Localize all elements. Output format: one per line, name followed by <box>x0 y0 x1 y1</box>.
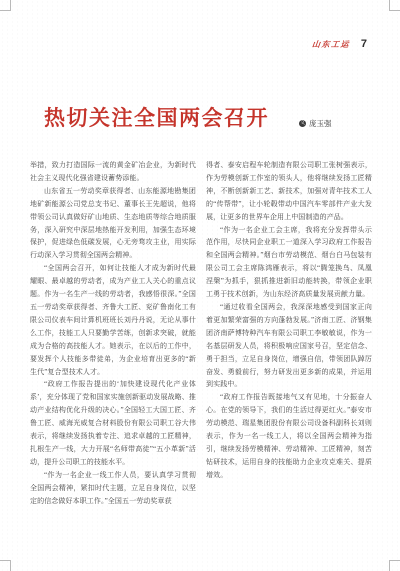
article-paragraph: “作为一名企业工会主席，我将充分发挥带头示范作用，尽快同企业职工一道深入学习政府… <box>206 224 372 301</box>
article-paragraph: “政府工作报告提出的‘加快建设现代化产业体系’，充分体现了党和国家实施创新驱动发… <box>30 378 196 468</box>
magazine-page: 山东工运 7 热切关注全国两会召开 文 庞玉强 举措，致力打造国际一流的黄金矿冶… <box>0 0 400 571</box>
article-paragraph: “通过收看全国两会，我深深地感受到国家正向着更加繁荣富强的方向蓬勃发展。”济南工… <box>206 301 372 391</box>
page-header: 山东工运 7 <box>312 38 367 50</box>
article-paragraph: 得者、泰安启程车轮制造有限公司职工张树强表示，作为劳模创新工作室的领头人，他将继… <box>206 159 372 224</box>
article-title-row: 热切关注全国两会召开 文 庞玉强 <box>44 104 372 134</box>
magazine-logo: 山东工运 <box>311 39 350 50</box>
crop-mark-top-left <box>0 0 11 11</box>
author-icon: 文 <box>299 120 306 127</box>
article-paragraph: “作为一名企业一线工作人员，要认真学习贯彻全国两会精神，紧扣时代主题，立足自身岗… <box>30 469 196 508</box>
page-number: 7 <box>361 38 367 50</box>
article-paragraph: “全国两会召开，如何让技能人才成为新时代最耀眼、最卓越的劳动者，成为产业工人关心… <box>30 262 196 378</box>
article-paragraph: 举措，致力打造国际一流的黄金矿冶企业，为新时代社会主义现代化强省建设蓄势添能。 <box>30 159 196 185</box>
article-paragraph: 山东省五一劳动奖章获得者、山东能源地勘集团地矿新能源公司党总支书记、董事长王先超… <box>30 185 196 262</box>
article-paragraph: “政府工作报告既接地气又有见地，十分振奋人心。在党的领导下，我们的生活过得更红火… <box>206 391 372 481</box>
article-title: 热切关注全国两会召开 <box>44 104 269 134</box>
article-column-left: 举措，致力打造国际一流的黄金矿冶企业，为新时代社会主义现代化强省建设蓄势添能。山… <box>30 159 196 507</box>
crop-mark-bottom-right <box>389 560 400 571</box>
article-column-right: 得者、泰安启程车轮制造有限公司职工张树强表示，作为劳模创新工作室的领头人，他将继… <box>206 159 372 507</box>
crop-mark-bottom-left <box>0 560 11 571</box>
article-body: 举措，致力打造国际一流的黄金矿冶企业，为新时代社会主义现代化强省建设蓄势添能。山… <box>30 159 372 507</box>
crop-mark-top-right <box>389 0 400 11</box>
byline: 文 庞玉强 <box>299 118 332 134</box>
author-name: 庞玉强 <box>309 118 332 129</box>
